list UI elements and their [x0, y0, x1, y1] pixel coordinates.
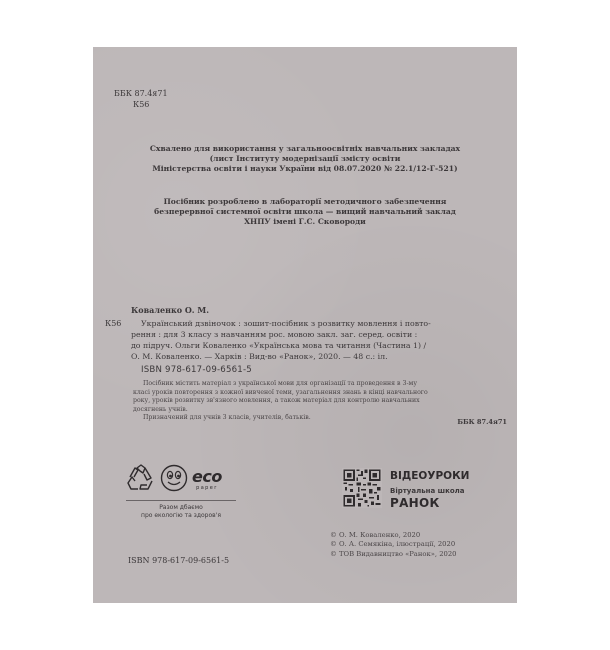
laboratory-line: безперервної системної освіти школа — ви… — [93, 207, 517, 217]
eco-paper-block: eco paper Разом дбаємо про екологію та з… — [126, 465, 236, 520]
copyright-line: © О. М. Коваленко, 2020 — [330, 531, 457, 540]
eco-caption-line: про екологію та здоров'я — [126, 512, 236, 520]
video-brand: РАНОК — [390, 496, 469, 510]
audience-line: Призначений для учнів 3 класів, учителів… — [133, 414, 513, 423]
copyright-line: © О. А. Семякіна, ілюстрації, 2020 — [330, 540, 457, 549]
description-line: О. М. Коваленко. — Харків : Вид-во «Рано… — [131, 351, 511, 362]
bbk-code-top: ББК 87.4я71 — [114, 88, 168, 99]
eco-caption: Разом дбаємо про екологію та здоров'я — [126, 504, 236, 520]
book-imprint-page: ББК 87.4я71 К56 Схвалено для використанн… — [93, 47, 517, 603]
eco-brand: eco — [192, 469, 222, 485]
smiley-icon — [160, 464, 188, 496]
recycle-icon — [126, 464, 156, 496]
description-line: Український дзвіночок : зошит-посібник з… — [141, 318, 511, 329]
eco-sub: paper — [196, 486, 218, 491]
catalog-isbn: ISBN 978-617-09-6561-5 — [141, 365, 252, 375]
copyright-line: © ТОВ Видавництво «Ранок», 2020 — [330, 550, 457, 559]
footer-isbn: ISBN 978-617-09-6561-5 — [128, 555, 229, 566]
laboratory-line: ХНПУ імені Г.С. Сковороди — [93, 217, 517, 227]
annotation-line: класі уроків повторення з кожної вивчено… — [133, 389, 513, 398]
description-line: до підруч. Ольги Коваленко «Українська м… — [131, 340, 511, 351]
approval-line: Схвалено для використання у загальноосві… — [93, 144, 517, 154]
catalog-mark: К56 — [105, 318, 121, 329]
catalog-annotation: Посібник містить матеріал з української … — [133, 380, 513, 423]
video-subtitle: Віртуальна школа — [390, 487, 469, 496]
eco-caption-line: Разом дбаємо — [126, 504, 236, 512]
approval-line: (лист Інституту модернізації змісту осві… — [93, 154, 517, 164]
annotation-line: року, уроків розвитку зв'язного мовлення… — [133, 397, 513, 406]
annotation-line: Посібник містить матеріал з української … — [133, 380, 513, 389]
eco-paper-logo: eco paper — [192, 469, 222, 491]
video-title: ВІДЕОУРОКИ — [390, 469, 469, 483]
approval-line: Міністерства освіти і науки України від … — [93, 164, 517, 174]
copyright-block: © О. М. Коваленко, 2020 © О. А. Семякіна… — [330, 531, 457, 559]
description-line: рення : для 3 класу з навчанням рос. мов… — [131, 329, 511, 340]
bbk-code-bottom: ББК 87.4я71 — [457, 417, 507, 428]
approval-notice: Схвалено для використання у загальноосві… — [93, 144, 517, 174]
qr-code-icon[interactable] — [342, 468, 382, 508]
video-lessons-block: ВІДЕОУРОКИ Віртуальна школа РАНОК — [342, 468, 469, 510]
laboratory-line: Посібник розроблено в лабораторії методи… — [93, 197, 517, 207]
annotation-line: досягнень учнів. — [133, 406, 513, 415]
laboratory-notice: Посібник розроблено в лабораторії методи… — [93, 197, 517, 227]
author-mark-top: К56 — [133, 99, 149, 110]
catalog-author: Коваленко О. М. — [131, 305, 209, 316]
catalog-description: Український дзвіночок : зошит-посібник з… — [141, 318, 511, 362]
eco-divider — [126, 500, 236, 501]
